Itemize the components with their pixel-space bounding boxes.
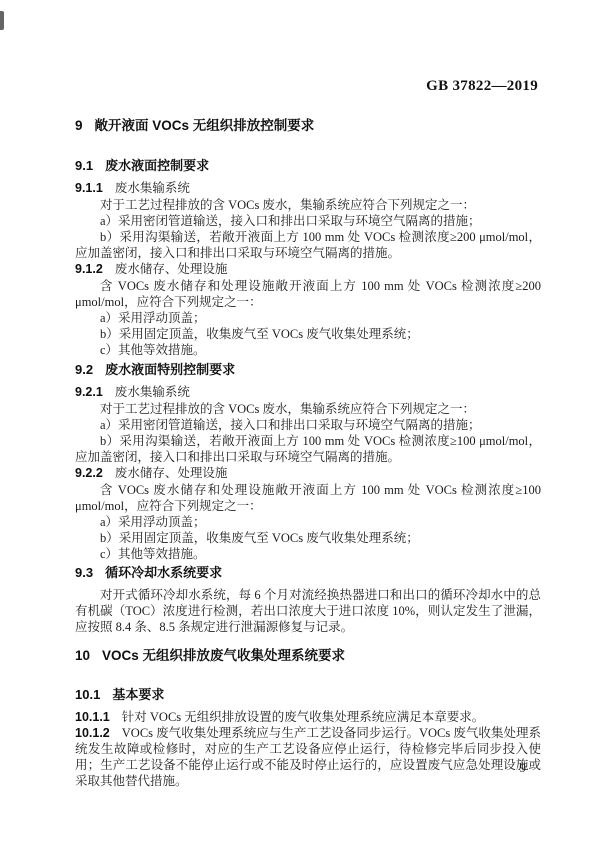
paragraph: 对于工艺过程排放的含 VOCs 废水，集输系统应符合下列规定之一： [75,401,541,417]
list-item-b: b）采用固定顶盖，收集废气至 VOCs 废气收集处理系统； [75,326,541,342]
subsection-heading: 9.2废水液面特别控制要求 [75,361,541,379]
clause-number: 10.1.1 [75,710,110,724]
clause-number: 9.2.1 [75,385,103,399]
list-item-a: a）采用浮动顶盖； [75,514,541,530]
list-item-b: b）采用固定顶盖，收集废气至 VOCs 废气收集处理系统； [75,530,541,546]
paragraph: 对开式循环冷却水系统，每 6 个月对流经换热器进口和出口的循环冷却水中的总有机碳… [75,587,541,635]
scan-edge-artifact [0,11,4,30]
clause-paragraph: 10.1.1针对 VOCs 无组织排放设置的废气收集处理系统应满足本章要求。 [75,709,541,725]
list-item-b: b）采用沟渠输送，若敞开液面上方 100 mm 处 VOCs 检测浓度≥200 … [75,229,541,261]
clause-title: 废水储存、处理设施 [115,262,228,276]
clause-heading: 9.1.2废水储存、处理设施 [75,261,541,278]
clause-title: 废水集输系统 [115,181,190,195]
clause-text: VOCs 废气收集处理系统应与生产工艺设备同步运行。VOCs 废气收集处理系统发… [75,726,541,788]
document-body: 9敞开液面 VOCs 无组织排放控制要求 9.1废水液面控制要求 9.1.1废水… [75,117,541,789]
chapter-number: 10 [75,648,90,663]
list-item-a: a）采用浮动顶盖； [75,310,541,326]
clause-title: 废水储存、处理设施 [115,466,228,480]
subsection-number: 10.1 [75,687,100,702]
paragraph: 含 VOCs 废水储存和处理设施敞开液面上方 100 mm 处 VOCs 检测浓… [75,278,541,310]
clause-number: 9.1.1 [75,181,103,195]
subsection-heading: 9.3循环冷却水系统要求 [75,564,541,582]
standard-code: GB 37822—2019 [426,78,538,95]
subsection-title: 循环冷却水系统要求 [105,565,222,580]
subsection-heading: 9.1废水液面控制要求 [75,157,541,175]
subsection-title: 基本要求 [112,687,164,702]
clause-heading: 9.2.1废水集输系统 [75,384,541,401]
chapter-heading: 9敞开液面 VOCs 无组织排放控制要求 [75,117,541,135]
clause-heading: 9.2.2废水储存、处理设施 [75,465,541,482]
chapter-heading: 10VOCs 无组织排放废气收集处理系统要求 [75,647,541,665]
chapter-number: 9 [75,118,83,133]
chapter-title: VOCs 无组织排放废气收集处理系统要求 [102,648,345,663]
list-item-c: c）其他等效措施。 [75,342,541,358]
subsection-number: 9.2 [75,362,93,377]
list-item-b: b）采用沟渠输送，若敞开液面上方 100 mm 处 VOCs 检测浓度≥100 … [75,433,541,465]
clause-number: 9.1.2 [75,262,103,276]
subsection-heading: 10.1基本要求 [75,686,541,704]
clause-title: 废水集输系统 [115,385,190,399]
subsection-number: 9.1 [75,158,93,173]
subsection-title: 废水液面控制要求 [105,158,209,173]
paragraph: 对于工艺过程排放的含 VOCs 废水，集输系统应符合下列规定之一： [75,197,541,213]
list-item-a: a）采用密闭管道输送，接入口和排出口采取与环境空气隔离的措施； [75,417,541,433]
clause-heading: 9.1.1废水集输系统 [75,180,541,197]
list-item-a: a）采用密闭管道输送，接入口和排出口采取与环境空气隔离的措施； [75,213,541,229]
list-item-c: c）其他等效措施。 [75,546,541,562]
chapter-title: 敞开液面 VOCs 无组织排放控制要求 [95,118,315,133]
subsection-title: 废水液面特别控制要求 [105,362,235,377]
subsection-number: 9.3 [75,565,93,580]
clause-number: 10.1.2 [75,726,110,740]
paragraph: 含 VOCs 废水储存和处理设施敞开液面上方 100 mm 处 VOCs 检测浓… [75,482,541,514]
clause-paragraph: 10.1.2VOCs 废气收集处理系统应与生产工艺设备同步运行。VOCs 废气收… [75,725,541,789]
clause-number: 9.2.2 [75,466,103,480]
page-number: 9 [520,760,527,776]
document-page: GB 37822—2019 9敞开液面 VOCs 无组织排放控制要求 9.1废水… [0,0,600,841]
clause-text: 针对 VOCs 无组织排放设置的废气收集处理系统应满足本章要求。 [122,710,485,724]
